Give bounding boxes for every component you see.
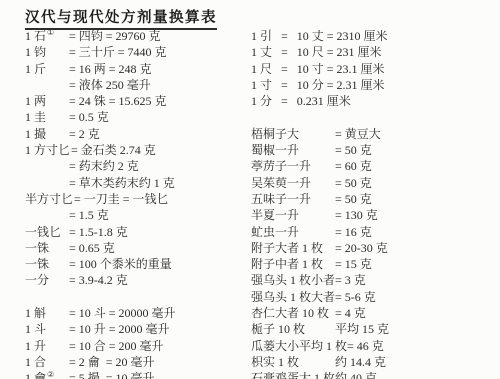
unit-name: 强乌头 1 枚小者 (251, 273, 335, 287)
table-row: 1 引 = 10 丈 = 2310 厘米 (251, 28, 499, 44)
table-row: 1 合 = 2 龠 = 20 毫升 (25, 354, 251, 370)
unit-name: 虻虫一升 (251, 225, 299, 239)
table-row: 1 升 = 10 合 = 200 毫升 (25, 338, 251, 354)
row-value: = 草木类药末约 1 克 (69, 175, 175, 191)
row-label: 1 寸 (251, 77, 281, 93)
row-label: 1 方寸匕 (25, 142, 71, 158)
row-value: = 60 克 (335, 158, 372, 174)
unit-name: 1 尺 (251, 62, 272, 76)
table-row: 石膏鸡蛋大 1 枚 约 40 克 (251, 370, 499, 379)
row-value: = 一刀圭 = 一钱匕 (74, 191, 169, 207)
row-value: = 金石类 2.74 克 (71, 142, 156, 158)
row-value: = 16 两 = 248 克 (69, 61, 152, 77)
herb-name: 栀子 10 枚 (251, 321, 335, 337)
table-row: 附子中者 1 枚 = 15 克 (251, 256, 499, 272)
row-label: 1 尺 (251, 61, 281, 77)
unit-name: 1 丈 (251, 45, 272, 59)
column-gap (25, 289, 251, 305)
row-value: = 50 克 (335, 142, 372, 158)
unit-name: 1 斗 (25, 322, 46, 336)
unit-name: 瓜蒌大小平均 1 枚 (251, 339, 347, 353)
row-value: = 2 龠 = 20 毫升 (69, 354, 155, 370)
herb-name: 石膏鸡蛋大 1 枚 (251, 370, 335, 379)
row-label: 1 合 (25, 354, 69, 370)
row-label (25, 77, 69, 93)
table-row: 附子大者 1 枚 = 20-30 克 (251, 240, 499, 256)
table-row: 1 两 = 24 铢 = 15.625 克 (25, 93, 251, 109)
herb-name: 瓜蒌大小平均 1 枚 (251, 338, 347, 354)
unit-name: 1 分 (251, 94, 272, 108)
row-label: 一钱匕 (25, 224, 69, 240)
unit-name: 梧桐子大 (251, 127, 299, 141)
row-value: = 10 丈 = 2310 厘米 (281, 28, 388, 44)
row-label: 半方寸匕 (25, 191, 74, 207)
row-value: = 黄豆大 (335, 126, 381, 142)
table-row: 1 钧 = 三十斤 = 7440 克 (25, 44, 251, 60)
table-row: 1 分 = 0.231 厘米 (251, 93, 499, 109)
row-label (25, 158, 69, 174)
row-label: 1 两 (25, 93, 69, 109)
table-row: 瓜蒌大小平均 1 枚 = 46 克 (251, 338, 499, 354)
row-value: = 24 铢 = 15.625 克 (69, 93, 167, 109)
herb-name: 附子中者 1 枚 (251, 256, 335, 272)
row-label: 1 升 (25, 338, 69, 354)
row-value: = 0.231 厘米 (281, 93, 351, 109)
unit-name: 1 石 (25, 29, 46, 43)
unit-name: 五味子一升 (251, 192, 311, 206)
table-row: 半方寸匕 = 一刀圭 = 一钱匕 (25, 191, 251, 207)
herb-name: 杏仁大者 10 枚 (251, 305, 335, 321)
row-label: 一铢 (25, 256, 69, 272)
unit-name: 1 两 (25, 94, 46, 108)
row-value: 平均 15 克 (335, 321, 389, 337)
row-value: = 10 升 = 2000 毫升 (69, 321, 170, 337)
table-row: 1 石① = 四钧 = 29760 克 (25, 28, 251, 44)
table-row: 1 方寸匕 = 金石类 2.74 克 (25, 142, 251, 158)
table-row: 1 斤 = 16 两 = 248 克 (25, 61, 251, 77)
table-row: 葶苈子一升 = 60 克 (251, 158, 499, 174)
row-value: = 0.65 克 (69, 240, 115, 256)
unit-name: 强乌头 1 枚大者 (251, 290, 335, 304)
footnote-marker: ② (47, 370, 54, 379)
volume-conversion-rows: 1 斛 = 10 斗 = 20000 毫升 1 斗 = 10 升 = 2000 … (25, 305, 251, 379)
row-label: 1 斤 (25, 61, 69, 77)
table-row: 栀子 10 枚 平均 15 克 (251, 321, 499, 337)
row-label: 1 分 (251, 93, 281, 109)
unit-name: 1 合 (25, 355, 46, 369)
row-label: 1 斛 (25, 305, 69, 321)
table-row: = 液体 250 毫升 (25, 77, 251, 93)
right-column: 1 引 = 10 丈 = 2310 厘米 1 丈 = 10 尺 = 231 厘米… (251, 28, 499, 379)
unit-name: 一铢 (25, 257, 49, 271)
unit-name: 1 斛 (25, 306, 46, 320)
unit-name: 1 寸 (251, 78, 272, 92)
unit-name: 吴茱萸一升 (251, 176, 311, 190)
table-row: 一分 = 3.9-4.2 克 (25, 272, 251, 288)
unit-name: 一钱匕 (25, 225, 61, 239)
unit-name: 1 升 (25, 339, 46, 353)
row-label: 1 钧 (25, 44, 69, 60)
table-row: 梧桐子大 = 黄豆大 (251, 126, 499, 142)
table-row: = 1.5 克 (25, 207, 251, 223)
row-value: = 10 寸 = 23.1 厘米 (281, 61, 385, 77)
row-value: = 10 尺 = 231 厘米 (281, 44, 382, 60)
table-row: 1 圭 = 0.5 克 (25, 109, 251, 125)
table-row: 强乌头 1 枚大者 = 5-6 克 (251, 289, 499, 305)
herb-name: 强乌头 1 枚大者 (251, 289, 335, 305)
row-value: = 10 斗 = 20000 毫升 (69, 305, 176, 321)
table-row: 1 龠② = 5 撮 = 10 毫升 (25, 370, 251, 379)
row-value: = 3 克 (335, 272, 366, 288)
herb-name: 枳实 1 枚 (251, 354, 335, 370)
row-value: = 4 克 (335, 305, 366, 321)
table-row: 虻虫一升 = 16 克 (251, 224, 499, 240)
row-label: 一分 (25, 272, 69, 288)
herb-name: 虻虫一升 (251, 224, 335, 240)
table-row: 1 丈 = 10 尺 = 231 厘米 (251, 44, 499, 60)
row-value: = 1.5-1.8 克 (69, 224, 128, 240)
table-row: 一铢 = 100 个黍米的重量 (25, 256, 251, 272)
unit-name: 石膏鸡蛋大 1 枚 (251, 371, 335, 379)
table-row: 1 斛 = 10 斗 = 20000 毫升 (25, 305, 251, 321)
unit-name: 杏仁大者 10 枚 (251, 306, 329, 320)
document-page: 汉代与现代处方剂量换算表 1 石① = 四钧 = 29760 克 1 钧 = 三… (0, 0, 500, 379)
unit-name: 栀子 10 枚 (251, 322, 305, 336)
herb-name: 五味子一升 (251, 191, 335, 207)
row-value: 约 40 克 (335, 370, 377, 379)
unit-name: 半方寸匕 (25, 192, 73, 206)
unit-name: 蜀椒一升 (251, 143, 299, 157)
weight-conversion-rows: 1 石① = 四钧 = 29760 克 1 钧 = 三十斤 = 7440 克 1… (25, 28, 251, 289)
row-label (25, 207, 69, 223)
row-label: 1 丈 (251, 44, 281, 60)
table-row: 枳实 1 枚 约 14.4 克 (251, 354, 499, 370)
row-value: = 1.5 克 (69, 207, 109, 223)
row-label: 1 龠② (25, 370, 69, 379)
table-row: 吴茱萸一升 = 50 克 (251, 175, 499, 191)
row-value: = 130 克 (335, 207, 378, 223)
unit-name: 1 方寸匕 (25, 143, 70, 157)
unit-name: 一分 (25, 273, 49, 287)
row-value: 约 14.4 克 (335, 354, 386, 370)
herb-name: 强乌头 1 枚小者 (251, 272, 335, 288)
column-gap (251, 109, 499, 125)
row-value: = 5-6 克 (335, 289, 376, 305)
length-conversion-rows: 1 引 = 10 丈 = 2310 厘米 1 丈 = 10 尺 = 231 厘米… (251, 28, 499, 109)
table-row: 1 撮 = 2 克 (25, 126, 251, 142)
table-row: 蜀椒一升 = 50 克 (251, 142, 499, 158)
row-value: = 50 克 (335, 191, 372, 207)
page-title: 汉代与现代处方剂量换算表 (25, 6, 217, 30)
herb-name: 蜀椒一升 (251, 142, 335, 158)
table-row: 强乌头 1 枚小者 = 3 克 (251, 272, 499, 288)
unit-name: 1 钧 (25, 45, 46, 59)
table-row: 1 斗 = 10 升 = 2000 毫升 (25, 321, 251, 337)
row-value: = 10 合 = 200 毫升 (69, 338, 164, 354)
table-row: = 草木类药末约 1 克 (25, 175, 251, 191)
herb-name: 葶苈子一升 (251, 158, 335, 174)
row-value: = 50 克 (335, 175, 372, 191)
unit-name: 一铢 (25, 241, 49, 255)
row-label: 1 引 (251, 28, 281, 44)
row-value: = 15 克 (335, 256, 372, 272)
row-label: 1 斗 (25, 321, 69, 337)
row-value: = 3.9-4.2 克 (69, 272, 128, 288)
row-value: = 16 克 (335, 224, 372, 240)
row-label: 1 圭 (25, 109, 69, 125)
herb-name: 梧桐子大 (251, 126, 335, 142)
row-label (25, 175, 69, 191)
row-label: 1 撮 (25, 126, 69, 142)
left-column: 1 石① = 四钧 = 29760 克 1 钧 = 三十斤 = 7440 克 1… (25, 28, 251, 379)
table-row: 杏仁大者 10 枚 = 4 克 (251, 305, 499, 321)
unit-name: 1 引 (251, 29, 272, 43)
unit-name: 半夏一升 (251, 208, 299, 222)
unit-name: 附子大者 1 枚 (251, 241, 323, 255)
row-value: = 药末约 2 克 (69, 158, 139, 174)
unit-name: 附子中者 1 枚 (251, 257, 323, 271)
row-value: = 0.5 克 (69, 109, 109, 125)
row-value: = 20-30 克 (335, 240, 388, 256)
unit-name: 1 圭 (25, 110, 46, 124)
herb-name: 吴茱萸一升 (251, 175, 335, 191)
unit-name: 1 龠 (25, 371, 46, 379)
herb-measure-rows: 梧桐子大 = 黄豆大 蜀椒一升 = 50 克 葶苈子一升 = 60 克 吴茱萸一… (251, 126, 499, 379)
row-value: = 46 克 (347, 338, 384, 354)
row-value: = 10 分 = 2.31 厘米 (281, 77, 385, 93)
row-value: = 四钧 = 29760 克 (69, 28, 161, 44)
row-value: = 100 个黍米的重量 (69, 256, 172, 272)
unit-name: 1 撮 (25, 127, 46, 141)
unit-name: 枳实 1 枚 (251, 355, 299, 369)
row-value: = 三十斤 = 7440 克 (69, 44, 167, 60)
unit-name: 葶苈子一升 (251, 159, 311, 173)
table-row: 1 尺 = 10 寸 = 23.1 厘米 (251, 61, 499, 77)
row-value: = 液体 250 毫升 (69, 77, 151, 93)
herb-name: 附子大者 1 枚 (251, 240, 335, 256)
unit-name: 1 斤 (25, 62, 46, 76)
table-row: 一钱匕 = 1.5-1.8 克 (25, 224, 251, 240)
row-value: = 2 克 (69, 126, 100, 142)
table-row: 1 寸 = 10 分 = 2.31 厘米 (251, 77, 499, 93)
table-row: 五味子一升 = 50 克 (251, 191, 499, 207)
table-row: 一铢 = 0.65 克 (25, 240, 251, 256)
row-label: 1 石① (25, 28, 69, 44)
herb-name: 半夏一升 (251, 207, 335, 223)
row-label: 一铢 (25, 240, 69, 256)
footnote-marker: ① (47, 28, 54, 37)
table-row: = 药末约 2 克 (25, 158, 251, 174)
row-value: = 5 撮 = 10 毫升 (69, 370, 155, 379)
table-row: 半夏一升 = 130 克 (251, 207, 499, 223)
